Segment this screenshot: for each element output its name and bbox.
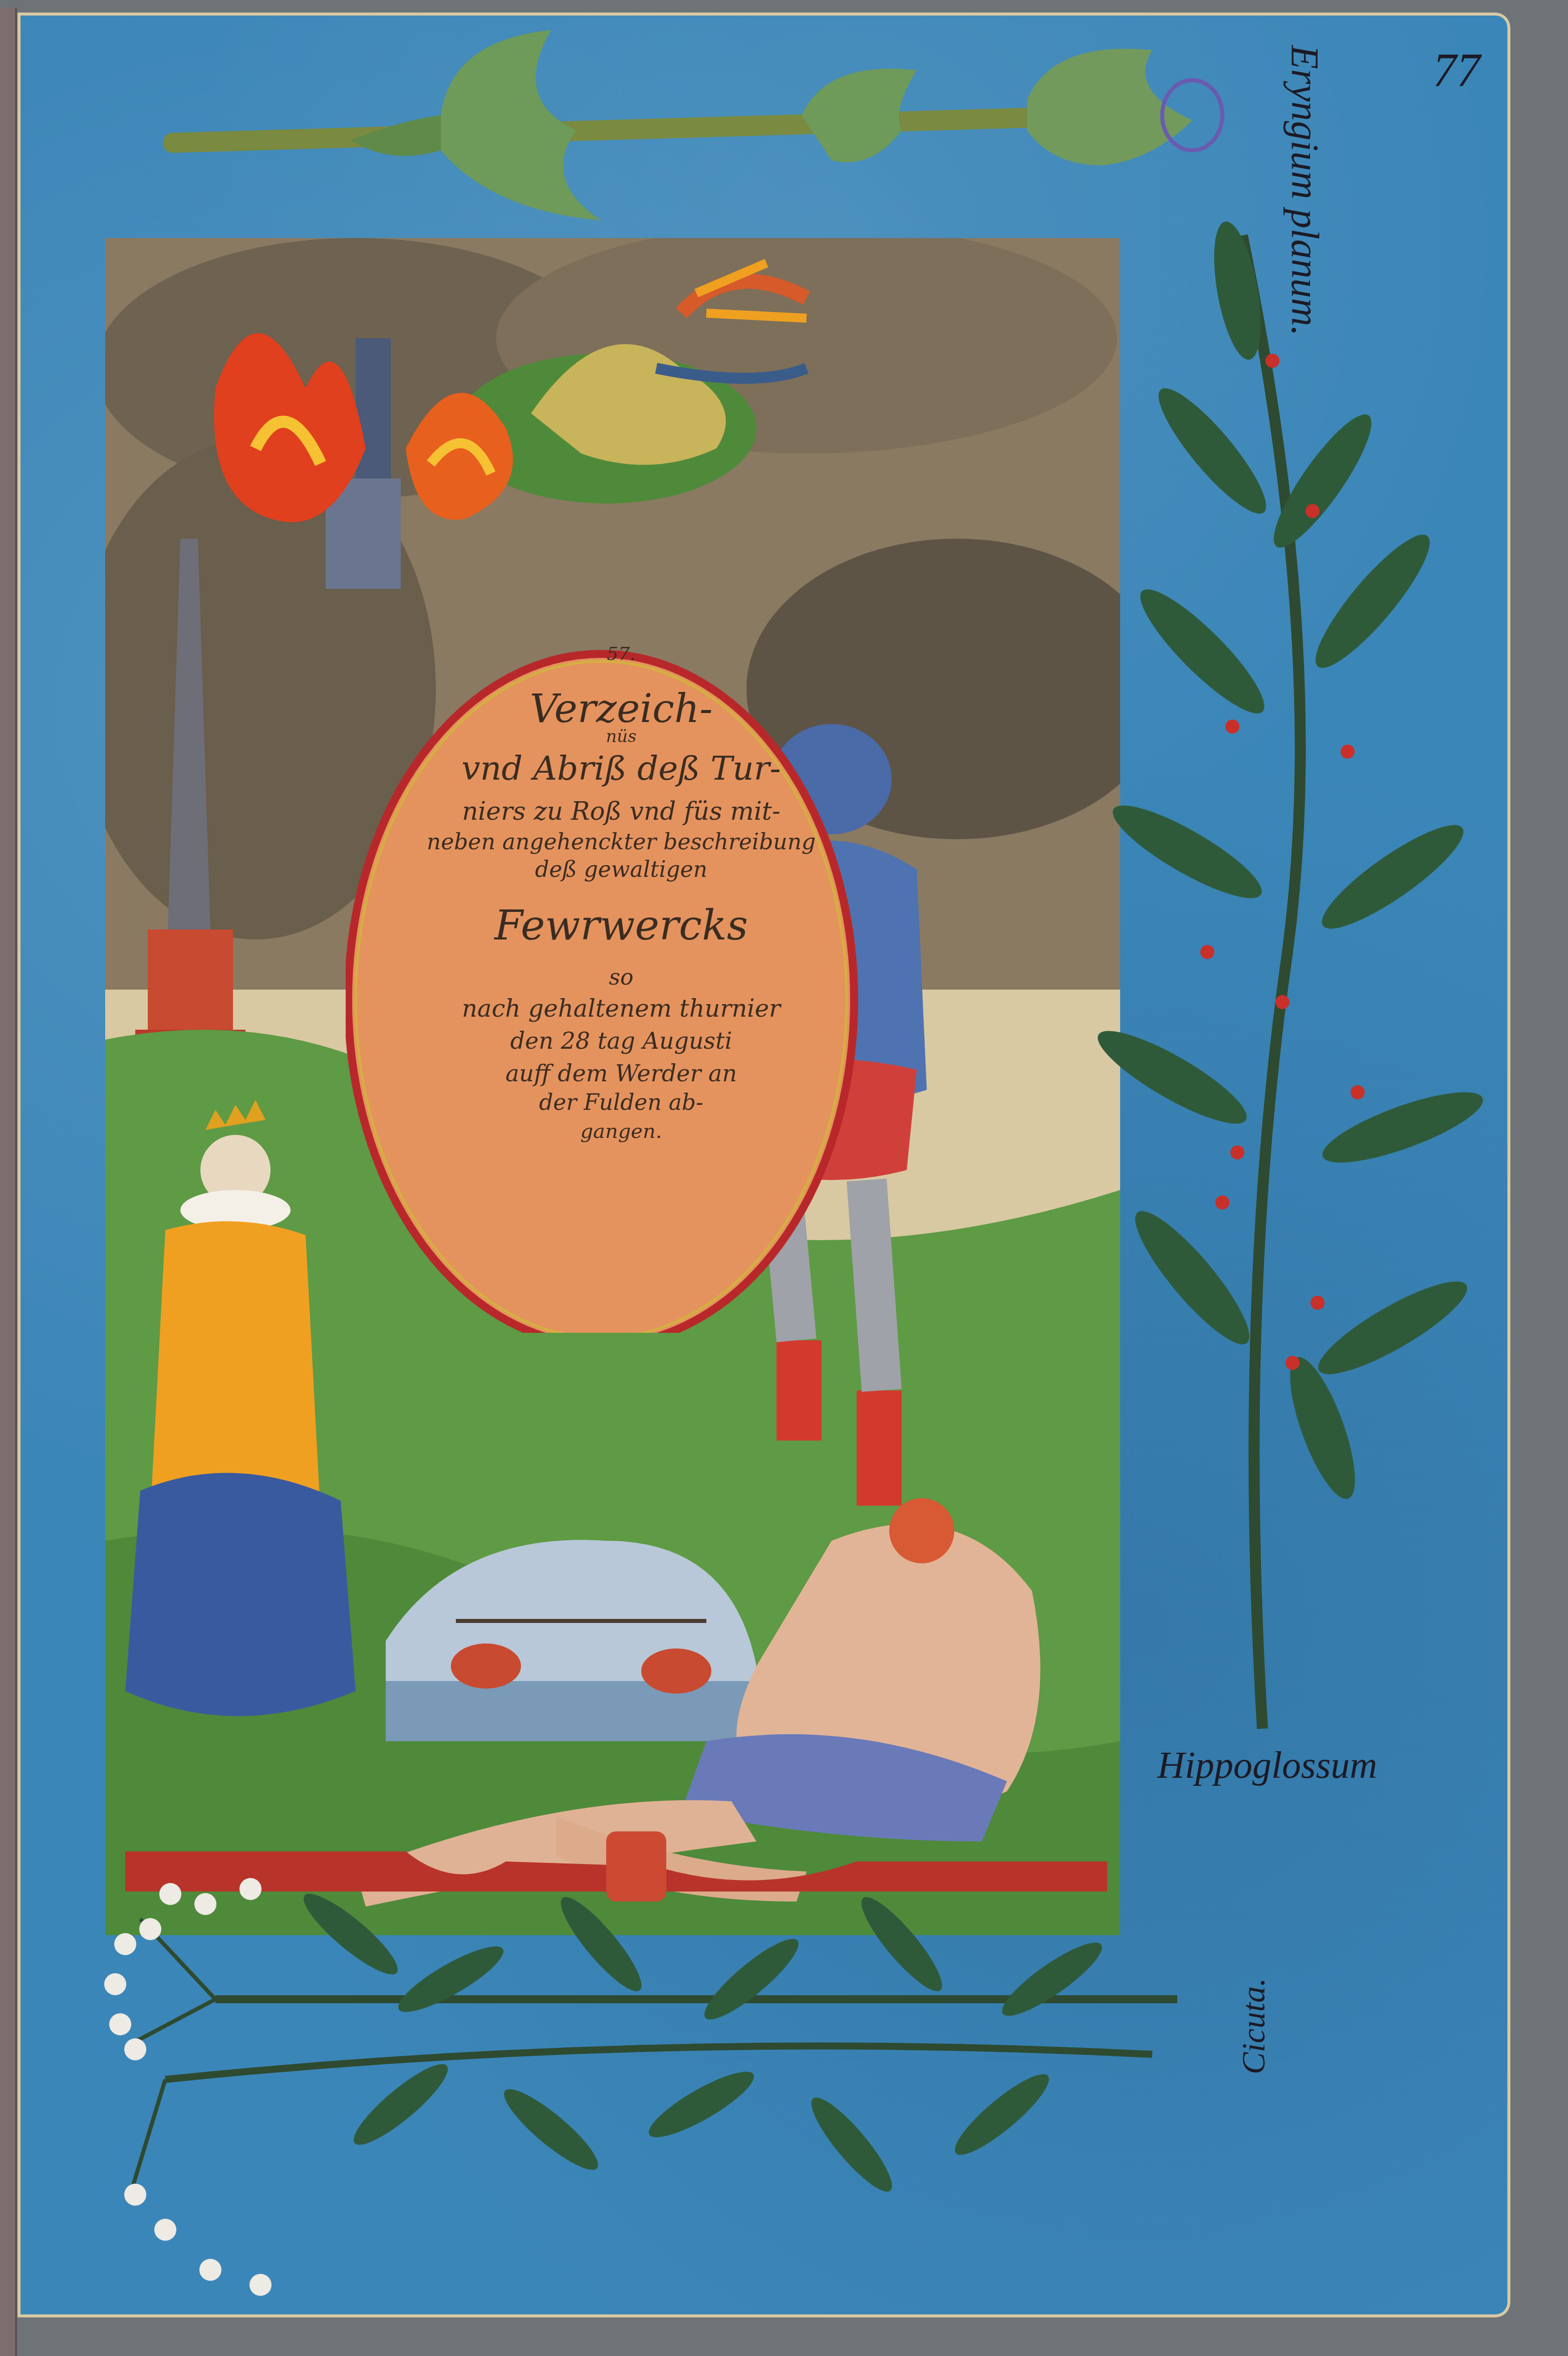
title-line-11: auff dem Werder an xyxy=(346,1060,897,1087)
title-line-3: vnd Abriß deß Tur- xyxy=(346,749,897,788)
plate-number: 57. xyxy=(346,644,897,664)
eryngium-plant xyxy=(173,30,1222,220)
title-line-2: nüs xyxy=(346,727,897,747)
title-line-1: Verzeich- xyxy=(346,686,897,732)
title-line-10: den 28 tag Augusti xyxy=(346,1027,897,1054)
title-line-8: so xyxy=(346,965,897,990)
title-line-5: neben angehenckter beschreibung xyxy=(346,829,897,855)
laurel-branch xyxy=(1088,218,1490,1729)
cartouche-text: 57. Verzeich- nüs vnd Abriß deß Tur- nie… xyxy=(346,631,897,1333)
label-eryngium: Eryngium planum. xyxy=(1282,45,1328,336)
title-line-7: Fewrwercks xyxy=(346,902,897,950)
title-line-9: nach gehaltenem thurnier xyxy=(346,995,897,1023)
cicuta-plant xyxy=(104,1878,1177,2296)
label-cicuta: Cicuta. xyxy=(1235,1978,1273,2075)
title-cartouche: 57. Verzeich- nüs vnd Abriß deß Tur- nie… xyxy=(346,631,897,1333)
title-line-6: deß gewaltigen xyxy=(346,857,897,882)
title-line-4: niers zu Roß vnd füs mit- xyxy=(346,797,897,826)
label-hippoglossum: Hippoglossum xyxy=(1157,1744,1377,1787)
folio-number: 77 xyxy=(1433,43,1480,98)
title-line-12: der Fulden ab- xyxy=(346,1090,897,1115)
title-line-13: gangen. xyxy=(346,1120,897,1143)
